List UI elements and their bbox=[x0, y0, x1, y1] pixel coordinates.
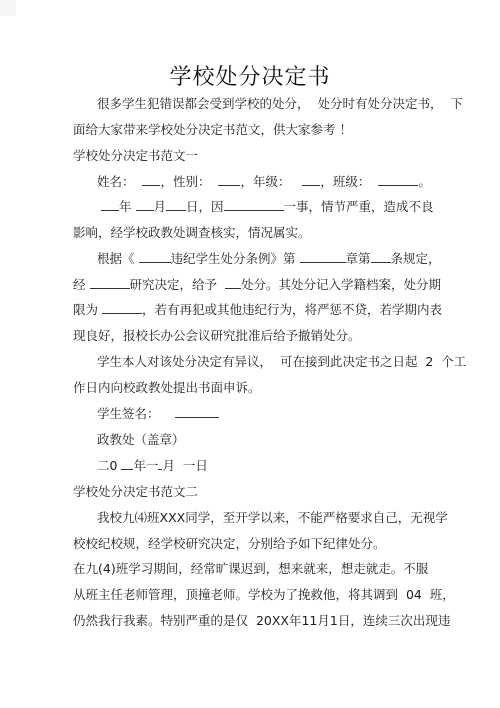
class-label: ，班级： bbox=[320, 174, 370, 189]
year-label: 年 bbox=[119, 199, 132, 214]
document-page: 学校处分决定书 很多学生犯错误都会受到学校的处分， 处分时有处分决定书， 下 面… bbox=[0, 0, 500, 708]
sample2-line-1: 我校九⑷班XXX同学，至开学以来，不能严格要求自己，无视学 bbox=[97, 510, 448, 526]
reason-blank bbox=[224, 200, 284, 211]
basis-start: 根据《 bbox=[97, 251, 135, 266]
appeal-line-2: 作日内向校政教处提出书面申诉。 bbox=[73, 380, 261, 396]
gender-blank bbox=[218, 175, 240, 186]
month-blank bbox=[136, 200, 154, 211]
name-blank bbox=[142, 175, 160, 186]
period-mark: 。 bbox=[418, 174, 431, 189]
signature-label: 学生签名： bbox=[97, 406, 160, 421]
intro-line-2: 面给大家带来学校处分决定书范文，供大家参考 ！ bbox=[73, 122, 352, 138]
decision-end: 处分。其处分记入学籍档案，处分期 bbox=[241, 277, 441, 292]
appeal-line-1: 学生本人对该处分决定有异议， 可在接到此决定书之日起 2 个工 bbox=[97, 354, 466, 370]
sign-year-label: 年一 bbox=[133, 458, 158, 473]
student-info-line: 姓名： ，性别： ，年级： ，班级： 。 bbox=[97, 174, 431, 190]
influence-line: 影响，经学校政教处调查核实，情况属实。 bbox=[73, 225, 311, 241]
period-blank bbox=[102, 303, 142, 314]
decision-start: 经 bbox=[73, 277, 86, 292]
decision-mid: 研究决定，给予 bbox=[130, 277, 218, 292]
incident-text: 一事，情节严重，造成不良 bbox=[284, 199, 434, 214]
corner-artifact bbox=[0, 0, 16, 16]
sample2-heading: 学校处分决定书范文二 bbox=[73, 484, 198, 500]
day-label: 日，因 bbox=[186, 199, 224, 214]
sign-date-line: 二0 年一月 一日 bbox=[97, 458, 208, 474]
sample2-line-4: 从班主任老师管理，顶撞老师。学校为了挽救他，将其调到 04 班， bbox=[73, 587, 455, 603]
sign-month-label: 月 一日 bbox=[162, 458, 207, 473]
date-prefix: 二0 bbox=[97, 458, 117, 473]
school-blank bbox=[139, 252, 171, 263]
body-blank bbox=[90, 278, 130, 289]
basis-line: 根据《 违纪学生处分条例》第 章第条规定， bbox=[97, 251, 441, 267]
intro-line-1: 很多学生犯错误都会受到学校的处分， 处分时有处分决定书， 下 bbox=[97, 96, 463, 112]
class-blank bbox=[378, 175, 418, 186]
signature-blank bbox=[175, 407, 219, 418]
day-blank bbox=[166, 200, 186, 211]
article-blank bbox=[371, 252, 391, 263]
chapter-label: 章第 bbox=[346, 251, 371, 266]
year-blank bbox=[101, 200, 119, 211]
revoke-line: 现良好，报校长办公会议研究批准后给予撤销处分。 bbox=[73, 328, 361, 344]
month-label: 月 bbox=[154, 199, 167, 214]
sign-year-blank bbox=[121, 459, 133, 470]
period-end: ，若有再犯或其他违纪行为，将严惩不贷，若学期内表 bbox=[142, 302, 442, 317]
article-label: 条规定， bbox=[391, 251, 441, 266]
period-line: 限为 ，若有再犯或其他违纪行为，将严惩不贷，若学期内表 bbox=[73, 302, 442, 318]
grade-label: ，年级： bbox=[240, 174, 290, 189]
period-start: 限为 bbox=[73, 302, 98, 317]
sample2-line-2: 校校纪校规，经学校研究决定，分别给予如下纪律处分。 bbox=[73, 536, 386, 552]
sample2-line-3: 在九(4)班学习期间，经常旷课迟到，想来就来，想走就走。不服 bbox=[73, 561, 428, 577]
sample1-heading: 学校处分决定书范文一 bbox=[73, 148, 198, 164]
penalty-blank bbox=[225, 278, 241, 289]
incident-date-line: 年 月日，因一事，情节严重，造成不良 bbox=[101, 199, 434, 215]
decision-line: 经 研究决定，给予 处分。其处分记入学籍档案，处分期 bbox=[73, 277, 441, 293]
signature-line: 学生签名： bbox=[97, 406, 219, 422]
regulation-text: 违纪学生处分条例》第 bbox=[171, 251, 296, 266]
document-title: 学校处分决定书 bbox=[0, 60, 500, 91]
grade-blank bbox=[302, 175, 320, 186]
chapter-blank bbox=[300, 252, 346, 263]
name-label: 姓名： bbox=[97, 174, 135, 189]
gender-label: ，性别： bbox=[160, 174, 210, 189]
sample2-line-5: 仍然我行我素。特别严重的是仅 20XX年11月1日，连续三次出现违 bbox=[73, 613, 450, 629]
office-seal: 政教处（盖章） bbox=[97, 432, 185, 448]
